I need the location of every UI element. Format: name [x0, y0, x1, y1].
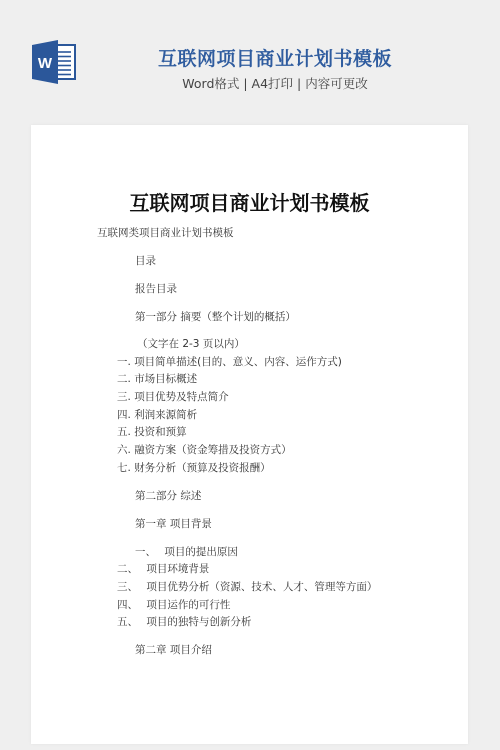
list-number: 二、 [117, 562, 143, 576]
list-text: 项目运作的可行性 [146, 599, 230, 611]
list-number: 五、 [117, 615, 143, 629]
list-text: 市场目标概述 [134, 373, 197, 385]
list-item: 四、 项目运作的可行性 [117, 598, 230, 612]
part1-heading: 第一部分 摘要（整个计划的概括） [135, 310, 296, 324]
list-number: 一、 [135, 545, 161, 559]
list-number: 二. [117, 372, 131, 386]
list-item: 五、 项目的独特与创新分析 [117, 615, 251, 629]
list-item: 四. 利润来源简析 [117, 408, 197, 422]
header-subtitle: Word格式 | A4打印 | 内容可更改 [150, 74, 400, 92]
list-item: 一、 项目的提出原因 [135, 545, 238, 559]
part1-note: （文字在 2-3 页以内） [137, 337, 245, 351]
header-banner: W 互联网项目商业计划书模板 Word格式 | A4打印 | 内容可更改 [0, 0, 500, 110]
list-number: 六. [117, 443, 131, 457]
list-text: 财务分析（预算及投资报酬） [134, 462, 271, 474]
list-text: 投资和预算 [134, 426, 187, 438]
list-number: 四. [117, 408, 131, 422]
list-text: 项目优势分析（资源、技术、人才、管理等方面） [146, 581, 377, 593]
list-item: 二. 市场目标概述 [117, 372, 197, 386]
header-title: 互联网项目商业计划书模板 [150, 44, 400, 71]
chapter2-heading: 第二章 项目介绍 [135, 643, 212, 657]
report-toc-label: 报告目录 [135, 282, 177, 296]
list-text: 项目的独特与创新分析 [146, 616, 251, 628]
list-text: 项目的提出原因 [164, 546, 238, 558]
list-number: 七. [117, 461, 131, 475]
toc-label: 目录 [135, 254, 156, 268]
list-item: 一. 项目简单描述(目的、意义、内容、运作方式) [117, 355, 342, 369]
list-number: 三. [117, 390, 131, 404]
list-number: 四、 [117, 598, 143, 612]
list-item: 六. 融资方案（资金筹措及投资方式） [117, 443, 292, 457]
list-text: 项目优势及特点简介 [134, 391, 229, 403]
document-page: 互联网项目商业计划书模板 互联网类项目商业计划书模板 目录 报告目录 第一部分 … [31, 125, 468, 744]
list-text: 融资方案（资金筹措及投资方式） [134, 444, 292, 456]
list-number: 三、 [117, 580, 143, 594]
document-title: 互联网项目商业计划书模板 [31, 187, 468, 216]
list-text: 项目环境背景 [146, 563, 209, 575]
part2-heading: 第二部分 综述 [135, 489, 201, 503]
list-item: 二、 项目环境背景 [117, 562, 209, 576]
list-number: 一. [117, 355, 131, 369]
chapter1-heading: 第一章 项目背景 [135, 517, 212, 531]
list-item: 七. 财务分析（预算及投资报酬） [117, 461, 271, 475]
list-item: 五. 投资和预算 [117, 425, 187, 439]
word-doc-icon: W [31, 40, 77, 84]
list-text: 项目简单描述(目的、意义、内容、运作方式) [134, 356, 342, 368]
svg-text:W: W [38, 55, 53, 72]
list-text: 利润来源简析 [134, 409, 197, 421]
list-number: 五. [117, 425, 131, 439]
document-subtitle: 互联网类项目商业计划书模板 [97, 226, 234, 240]
list-item: 三. 项目优势及特点简介 [117, 390, 229, 404]
list-item: 三、 项目优势分析（资源、技术、人才、管理等方面） [117, 580, 377, 594]
